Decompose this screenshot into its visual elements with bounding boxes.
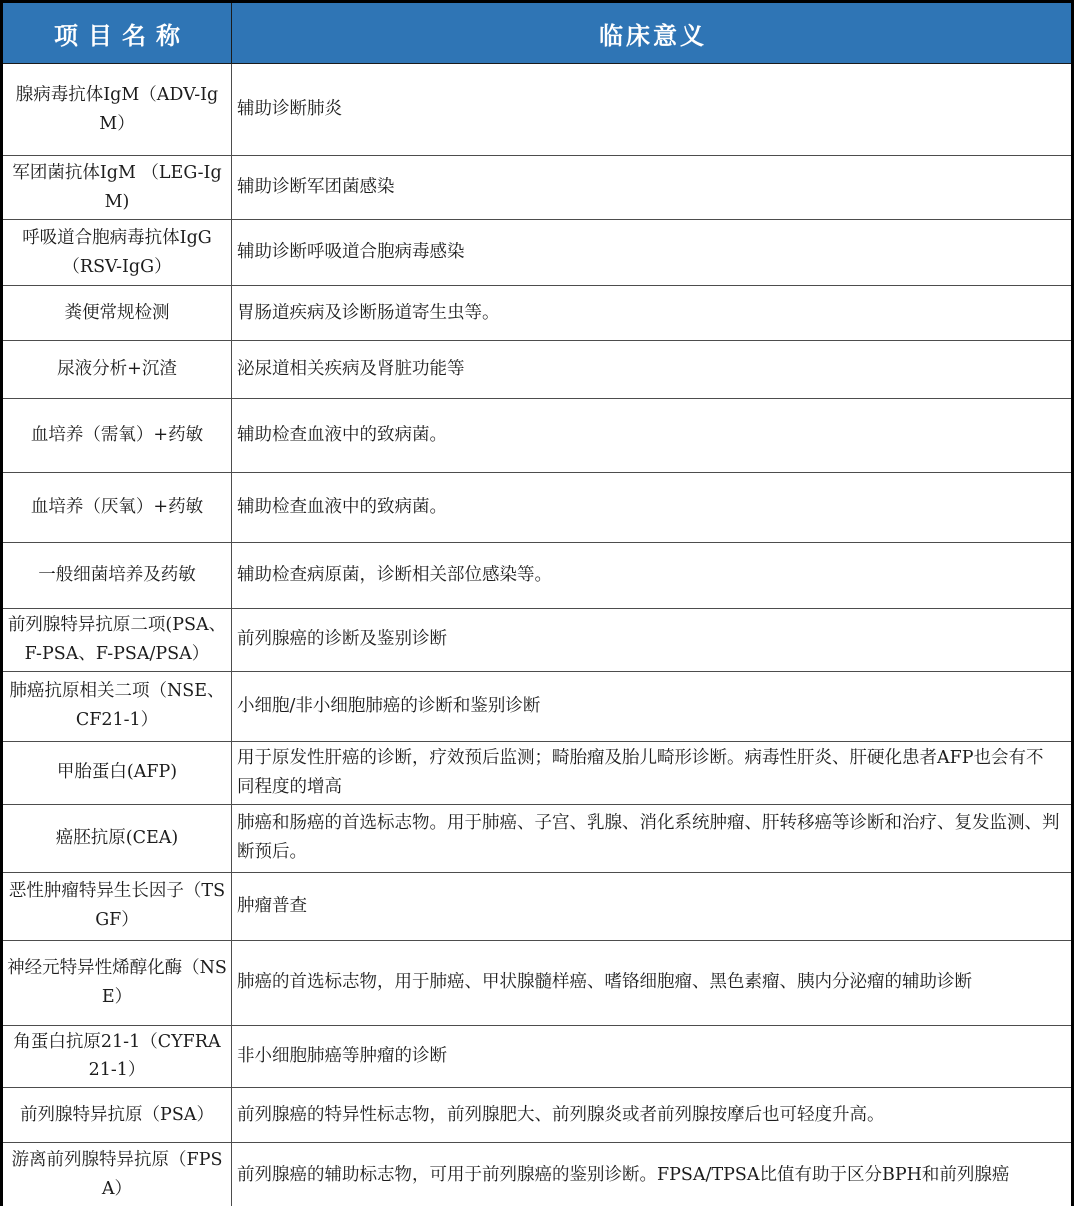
clinical-significance-cell: 胃肠道疾病及诊断肠道寄生虫等。	[232, 286, 1073, 341]
table-row: 角蛋白抗原21-1（CYFRA 21-1）非小细胞肺癌等肿瘤的诊断	[2, 1025, 1073, 1088]
test-name-cell: 呼吸道合胞病毒抗体IgG（RSV-IgG）	[2, 220, 232, 286]
clinical-significance-cell: 辅助检查血液中的致病菌。	[232, 399, 1073, 473]
clinical-significance-cell: 辅助检查病原菌，诊断相关部位感染等。	[232, 543, 1073, 609]
clinical-significance-cell: 小细胞/非小细胞肺癌的诊断和鉴别诊断	[232, 671, 1073, 741]
table-row: 前列腺特异抗原（PSA）前列腺癌的特异性标志物，前列腺肥大、前列腺炎或者前列腺按…	[2, 1088, 1073, 1143]
test-name-cell: 甲胎蛋白(AFP)	[2, 741, 232, 804]
table-row: 肺癌抗原相关二项（NSE、CF21-1）小细胞/非小细胞肺癌的诊断和鉴别诊断	[2, 671, 1073, 741]
test-name-cell: 前列腺特异抗原（PSA）	[2, 1088, 232, 1143]
test-name-cell: 肺癌抗原相关二项（NSE、CF21-1）	[2, 671, 232, 741]
clinical-significance-cell: 辅助检查血液中的致病菌。	[232, 473, 1073, 543]
table-row: 恶性肿瘤特异生长因子（TSGF）肿瘤普查	[2, 872, 1073, 940]
table-row: 前列腺特异抗原二项(PSA、F-PSA、F-PSA/PSA）前列腺癌的诊断及鉴别…	[2, 609, 1073, 672]
test-name-cell: 尿液分析+沉渣	[2, 341, 232, 399]
table-row: 游离前列腺特异抗原（FPSA）前列腺癌的辅助标志物，可用于前列腺癌的鉴别诊断。F…	[2, 1143, 1073, 1206]
test-name-cell: 角蛋白抗原21-1（CYFRA 21-1）	[2, 1025, 232, 1088]
clinical-significance-cell: 用于原发性肝癌的诊断，疗效预后监测；畸胎瘤及胎儿畸形诊断。病毒性肝炎、肝硬化患者…	[232, 741, 1073, 804]
lab-test-reference-document: 项目名称 临床意义 腺病毒抗体IgM（ADV-IgM）辅助诊断肺炎军团菌抗体Ig…	[0, 0, 1080, 1206]
test-name-cell: 神经元特异性烯醇化酶（NSE）	[2, 940, 232, 1025]
table-header: 项目名称 临床意义	[2, 2, 1073, 64]
table-row: 尿液分析+沉渣泌尿道相关疾病及肾脏功能等	[2, 341, 1073, 399]
table-row: 癌胚抗原(CEA)肺癌和肠癌的首选标志物。用于肺癌、子宫、乳腺、消化系统肿瘤、肝…	[2, 804, 1073, 872]
table-row: 神经元特异性烯醇化酶（NSE）肺癌的首选标志物，用于肺癌、甲状腺髓样癌、嗜铬细胞…	[2, 940, 1073, 1025]
clinical-significance-cell: 前列腺癌的特异性标志物，前列腺肥大、前列腺炎或者前列腺按摩后也可轻度升高。	[232, 1088, 1073, 1143]
table-body: 腺病毒抗体IgM（ADV-IgM）辅助诊断肺炎军团菌抗体IgM （LEG-IgM…	[2, 64, 1073, 1206]
clinical-significance-cell: 辅助诊断军团菌感染	[232, 156, 1073, 220]
test-name-cell: 血培养（厌氧）+药敏	[2, 473, 232, 543]
column-header-clinical-significance: 临床意义	[232, 2, 1073, 64]
clinical-significance-cell: 非小细胞肺癌等肿瘤的诊断	[232, 1025, 1073, 1088]
table-row: 粪便常规检测胃肠道疾病及诊断肠道寄生虫等。	[2, 286, 1073, 341]
table-row: 军团菌抗体IgM （LEG-IgM)辅助诊断军团菌感染	[2, 156, 1073, 220]
test-name-cell: 血培养（需氧）+药敏	[2, 399, 232, 473]
table-row: 一般细菌培养及药敏辅助检查病原菌，诊断相关部位感染等。	[2, 543, 1073, 609]
lab-test-table: 项目名称 临床意义 腺病毒抗体IgM（ADV-IgM）辅助诊断肺炎军团菌抗体Ig…	[0, 0, 1074, 1206]
header-row: 项目名称 临床意义	[2, 2, 1073, 64]
test-name-cell: 军团菌抗体IgM （LEG-IgM)	[2, 156, 232, 220]
test-name-cell: 癌胚抗原(CEA)	[2, 804, 232, 872]
clinical-significance-cell: 前列腺癌的辅助标志物，可用于前列腺癌的鉴别诊断。FPSA/TPSA比值有助于区分…	[232, 1143, 1073, 1206]
column-header-project-name: 项目名称	[2, 2, 232, 64]
table-row: 血培养（需氧）+药敏辅助检查血液中的致病菌。	[2, 399, 1073, 473]
test-name-cell: 前列腺特异抗原二项(PSA、F-PSA、F-PSA/PSA）	[2, 609, 232, 672]
clinical-significance-cell: 辅助诊断肺炎	[232, 64, 1073, 156]
table-row: 腺病毒抗体IgM（ADV-IgM）辅助诊断肺炎	[2, 64, 1073, 156]
table-row: 呼吸道合胞病毒抗体IgG（RSV-IgG）辅助诊断呼吸道合胞病毒感染	[2, 220, 1073, 286]
clinical-significance-cell: 辅助诊断呼吸道合胞病毒感染	[232, 220, 1073, 286]
clinical-significance-cell: 肺癌的首选标志物，用于肺癌、甲状腺髓样癌、嗜铬细胞瘤、黑色素瘤、胰内分泌瘤的辅助…	[232, 940, 1073, 1025]
table-row: 甲胎蛋白(AFP)用于原发性肝癌的诊断，疗效预后监测；畸胎瘤及胎儿畸形诊断。病毒…	[2, 741, 1073, 804]
test-name-cell: 粪便常规检测	[2, 286, 232, 341]
clinical-significance-cell: 肺癌和肠癌的首选标志物。用于肺癌、子宫、乳腺、消化系统肿瘤、肝转移癌等诊断和治疗…	[232, 804, 1073, 872]
test-name-cell: 一般细菌培养及药敏	[2, 543, 232, 609]
clinical-significance-cell: 肿瘤普查	[232, 872, 1073, 940]
test-name-cell: 游离前列腺特异抗原（FPSA）	[2, 1143, 232, 1206]
test-name-cell: 腺病毒抗体IgM（ADV-IgM）	[2, 64, 232, 156]
test-name-cell: 恶性肿瘤特异生长因子（TSGF）	[2, 872, 232, 940]
table-row: 血培养（厌氧）+药敏辅助检查血液中的致病菌。	[2, 473, 1073, 543]
clinical-significance-cell: 前列腺癌的诊断及鉴别诊断	[232, 609, 1073, 672]
clinical-significance-cell: 泌尿道相关疾病及肾脏功能等	[232, 341, 1073, 399]
